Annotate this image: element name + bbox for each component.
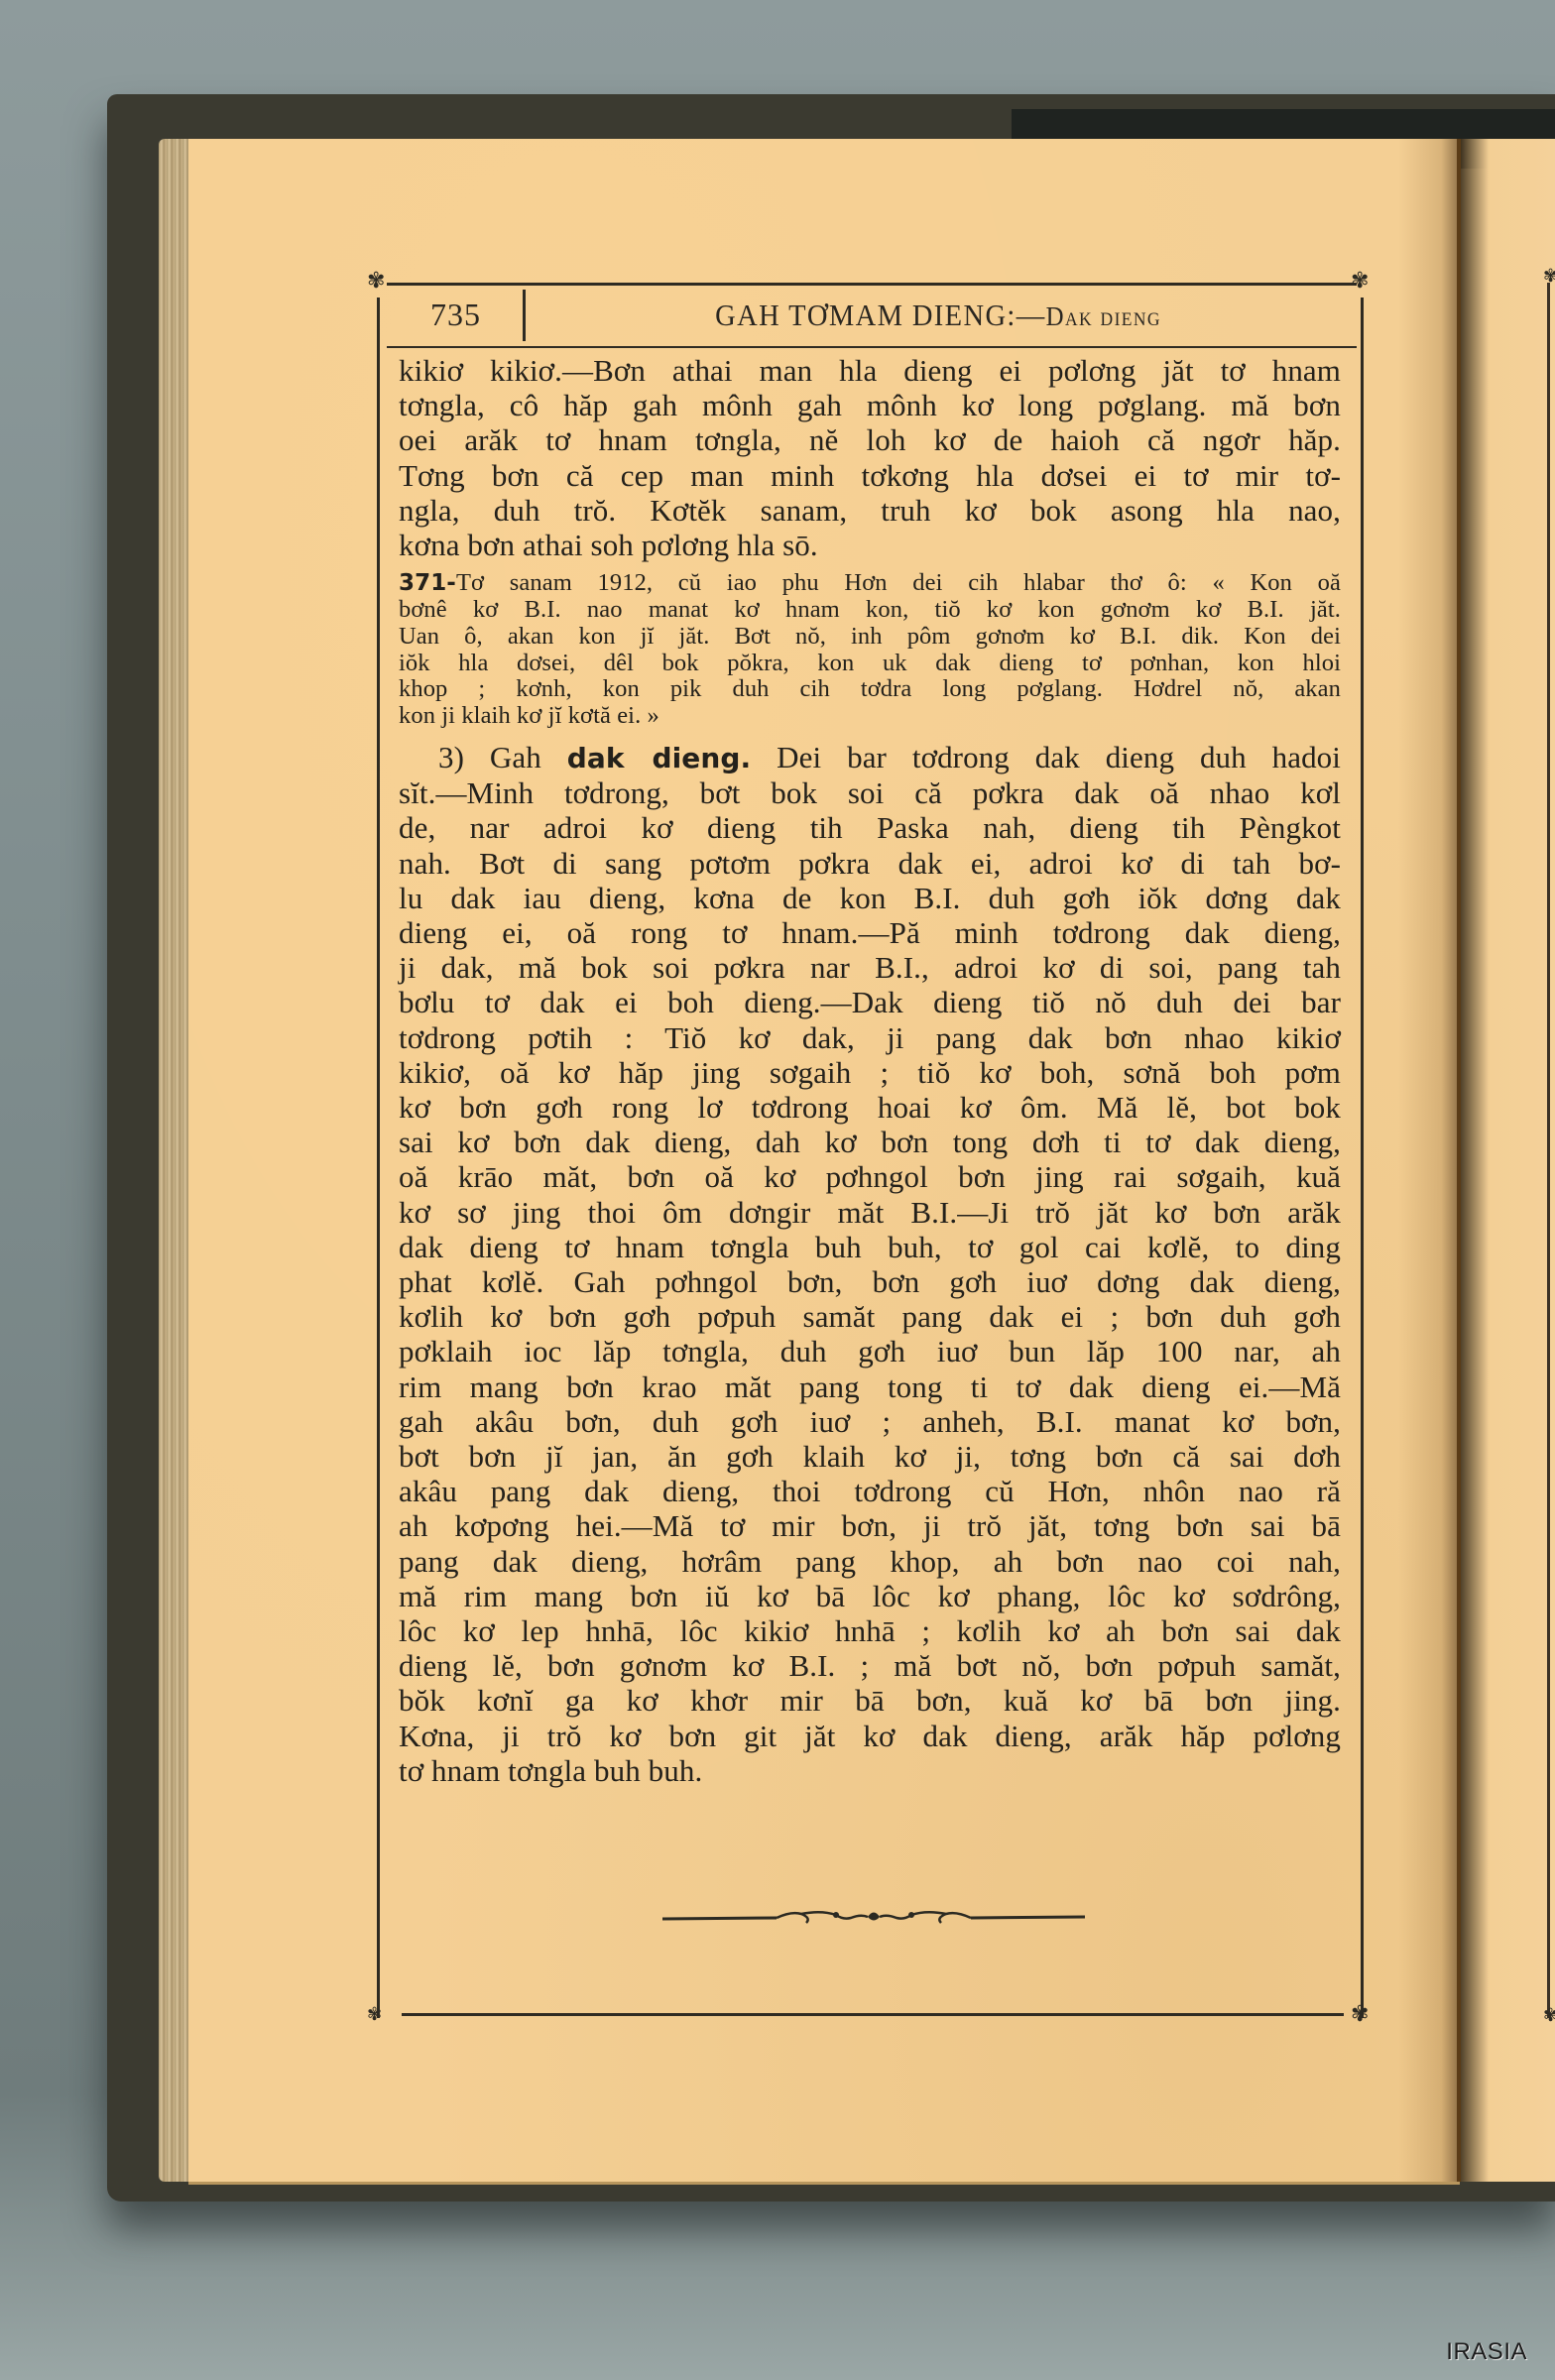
corner-ornament-icon: ✾ xyxy=(1351,2003,1369,2025)
text-line: lu dak iau dieng, kơna de kon B.I. duh g… xyxy=(399,881,1341,915)
frame-right-rule xyxy=(1361,297,1364,2018)
header-divider xyxy=(523,290,526,341)
text-line: kon ji klaih kơ jĭ kơtă ei. » xyxy=(399,703,1341,730)
corner-ornament-icon: ✾ xyxy=(1351,270,1369,292)
spine-shadow xyxy=(1398,139,1460,2182)
text-line: tơ hnam tơngla buh buh. xyxy=(399,1753,1341,1788)
section-3-paragraph: 3) Gah dak dieng. Dei bar tơdrong dak di… xyxy=(399,740,1341,1788)
text-line: phat kơlĕ. Gah pơhngol bơn, bơn gơh iuơ … xyxy=(399,1264,1341,1299)
text-line: tơdrong pơtih : Tiŏ kơ dak, ji pang dak … xyxy=(399,1020,1341,1055)
text-line: rim mang bơn krao măt pang tong ti tơ da… xyxy=(399,1369,1341,1404)
text-line: nah. Bơt di sang pơtơm pơkra dak ei, adr… xyxy=(399,846,1341,881)
text-line: khop ; kơnh, kon pik duh cih tơdra long … xyxy=(399,676,1341,703)
text-line: sĭt.—Minh tơdrong, bơt bok soi că pơkra … xyxy=(399,775,1341,810)
facing-page xyxy=(1461,139,1555,2182)
text-line: bơlu tơ dak ei boh dieng.—Dak dieng tiŏ … xyxy=(399,985,1341,1019)
text-line: ji dak, mă bok soi pơkra nar B.I., adroi… xyxy=(399,950,1341,985)
text-line: bơnê kơ B.I. nao manat kơ hnam kon, tiŏ … xyxy=(399,597,1341,624)
text-line: ah kơpơng hei.—Mă tơ mir bơn, ji trŏ jăt… xyxy=(399,1508,1341,1543)
text-line: tơngla, cô hăp gah mônh gah mônh kơ long… xyxy=(399,388,1341,422)
chapter-title: GAH TƠMAM DIENG:— xyxy=(715,297,1045,332)
corner-ornament-icon: ✾ xyxy=(367,270,385,292)
section-title: Dak dieng xyxy=(1046,301,1161,331)
text-line: bŏk kơnĭ ga kơ khơr mir bā bơn, kuă kơ b… xyxy=(399,1683,1341,1718)
facing-page-ornament-icon: ✾ xyxy=(1543,2005,1555,2026)
text-line: kơ bơn gơh rong lơ tơdrong hoai kơ ôm. M… xyxy=(399,1090,1341,1125)
corner-ornament-icon: ✾ xyxy=(367,2005,382,2023)
text-line: dak dieng tơ hnam tơngla buh buh, tơ gol… xyxy=(399,1230,1341,1264)
frame-bottom-rule xyxy=(402,2013,1344,2016)
text-line: dieng ei, oă rong tơ hnam.—Pă minh tơdro… xyxy=(399,915,1341,950)
text-line: kikiơ kikiơ.—Bơn athai man hla dieng ei … xyxy=(399,353,1341,388)
frame-left-rule xyxy=(377,297,380,2018)
text-line: gah akâu bơn, duh gơh iuơ ; anheh, B.I. … xyxy=(399,1404,1341,1439)
text-line: kikiơ, oă kơ hăp jing sơgaih ; tiŏ kơ bo… xyxy=(399,1055,1341,1090)
section-term: dak dieng. xyxy=(567,742,752,774)
text-line: de, nar adroi kơ dieng tih Paska nah, di… xyxy=(399,810,1341,845)
watermark: IRASIA xyxy=(1446,2338,1527,2366)
text-line: kơ sơ jing thoi ôm dơngir măt B.I.—Ji tr… xyxy=(399,1195,1341,1230)
text-line: Tơng bơn că cep man minh tơkơng hla dơse… xyxy=(399,458,1341,493)
running-head-title: GAH TƠMAM DIENG:—Dak dieng xyxy=(558,297,1317,333)
paragraph-intro: kikiơ kikiơ.—Bơn athai man hla dieng ei … xyxy=(399,353,1341,562)
text-line: 3) Gah dak dieng. Dei bar tơdrong dak di… xyxy=(399,740,1341,775)
text-line: oă krāo măt, bơn oă kơ pơhngol bơn jing … xyxy=(399,1159,1341,1194)
text-line: oei arăk tơ hnam tơngla, nĕ loh kơ de ha… xyxy=(399,422,1341,457)
text-line: Kơna, ji trŏ kơ bơn git jăt kơ dak dieng… xyxy=(399,1719,1341,1753)
text-line: dieng lĕ, bơn gơnơm kơ B.I. ; mă bơt nŏ,… xyxy=(399,1648,1341,1683)
facing-page-frame-rule xyxy=(1547,283,1550,2018)
text-line: lôc kơ lep hnhā, lôc kikiơ hnhā ; kơlih … xyxy=(399,1613,1341,1648)
running-head: 735 GAH TƠMAM DIENG:—Dak dieng xyxy=(389,288,1351,342)
text-line: pang dak dieng, hơrâm pang khop, ah bơn … xyxy=(399,1544,1341,1579)
frame-top-rule xyxy=(387,283,1357,286)
text-line: Uan ô, akan kon jĭ jăt. Bơt nŏ, inh pôm … xyxy=(399,624,1341,651)
text-line: 371-Tơ sanam 1912, cŭ iao phu Hơn dei ci… xyxy=(399,570,1341,597)
page-number: 735 xyxy=(389,297,523,333)
tailpiece-ornament-icon xyxy=(662,1902,1085,1932)
note-number: 371- xyxy=(399,570,456,596)
header-bottom-rule xyxy=(387,346,1357,348)
body-text: kikiơ kikiơ.—Bơn athai man hla dieng ei … xyxy=(399,353,1341,1788)
text-line: ngla, duh trŏ. Kơtĕk sanam, truh kơ bok … xyxy=(399,493,1341,528)
text-line: bơt bơn jĭ jan, ăn gơh klaih kơ ji, tơng… xyxy=(399,1439,1341,1474)
text-line: mă rim mang bơn iŭ kơ bā lôc kơ phang, l… xyxy=(399,1579,1341,1613)
text-line: kơna bơn athai soh pơlơng hla sō. xyxy=(399,528,1341,562)
facing-page-ornament-icon: ✾ xyxy=(1543,266,1555,287)
text-line: kơlih kơ bơn gơh pơpuh samăt pang dak ei… xyxy=(399,1299,1341,1334)
text-line: akâu pang dak dieng, thoi tơdrong cŭ Hơn… xyxy=(399,1474,1341,1508)
section-label: 3) Gah xyxy=(438,740,567,774)
text-line: sai kơ bơn dak dieng, dah kơ bơn tong dơ… xyxy=(399,1125,1341,1159)
text-line: iŏk hla dơsei, dêl bok pŏkra, kon uk dak… xyxy=(399,651,1341,677)
text-line: pơklaih ioc lăp tơngla, duh gơh iuơ bun … xyxy=(399,1334,1341,1368)
note-371: 371-Tơ sanam 1912, cŭ iao phu Hơn dei ci… xyxy=(399,570,1341,730)
